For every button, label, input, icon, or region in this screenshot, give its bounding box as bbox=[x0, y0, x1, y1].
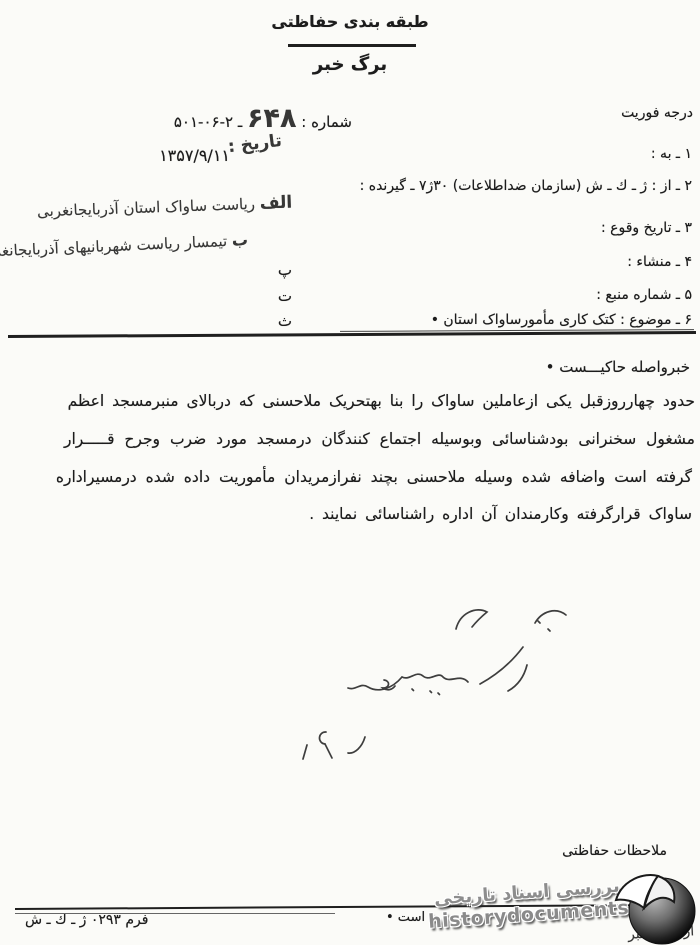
footer-rule-shadow bbox=[15, 913, 335, 914]
date-label: تاریخ : bbox=[227, 131, 283, 157]
recipient-letter-s: ث bbox=[278, 312, 292, 330]
remarks-label: ملاحظات حفاظتی bbox=[562, 843, 667, 859]
body-intro: خبرواصله حاکیـــست • bbox=[546, 358, 690, 376]
recipient-letter-t: ت bbox=[278, 287, 292, 305]
recipient-line-a: الف ریاست ساواک استان آذربایجانغربی bbox=[36, 193, 292, 222]
recipient-line-b: ب تیمسار ریاست شهربانیهای آذربایجانغربی bbox=[0, 230, 248, 261]
body-line-3: گرفته است واضافه شده وسیله ملاحسنی بچند … bbox=[56, 468, 692, 486]
signature-handwriting bbox=[280, 585, 640, 775]
recipient-text-a: ریاست ساواک استان آذربایجانغربی bbox=[36, 195, 255, 221]
recipient-text-b: تیمسار ریاست شهربانیهای آذربایجانغربی bbox=[0, 232, 227, 261]
classification-banner: طبقه بندی حفاظتی bbox=[255, 12, 445, 31]
form-number: فرم ۰۲۹۳ ژ ـ ك ـ ش bbox=[25, 912, 148, 928]
form-item-subject: ۶ ـ موضوع : کتک کاری مأمورساواک استان • bbox=[431, 312, 692, 328]
recipient-letter-b: ب bbox=[231, 230, 248, 250]
evaluation-text-fragment: است • bbox=[386, 910, 425, 925]
body-line-2: مشغول سخنرانی بودشناسائی وبوسیله اجتماع … bbox=[64, 430, 695, 448]
form-item-origin: ۴ ـ منشاء : bbox=[627, 254, 692, 270]
globe-book-icon bbox=[606, 866, 698, 945]
form-item-from: ۲ ـ از : ژ ـ ك ـ ش (سازمان ضداطلاعات) ۳۰… bbox=[360, 178, 692, 194]
recipient-letter-p: پ bbox=[278, 261, 292, 279]
form-item-event-date: ۳ ـ تاریخ وقوع : bbox=[601, 220, 692, 236]
form-item-source-number: ۵ ـ شماره منبع : bbox=[596, 287, 692, 303]
separator-bold-line bbox=[8, 331, 696, 338]
scanned-document-page: طبقه بندی حفاظتی برگ خبر درجه فوریت شمار… bbox=[0, 0, 700, 945]
sheet-title: برگ خبر bbox=[280, 54, 420, 75]
doc-number-label: شماره : bbox=[301, 113, 352, 131]
doc-number-handwritten: ۶۴۸ bbox=[247, 103, 296, 134]
date-value: ۱۳۵۷/۹/۱۱ bbox=[159, 146, 230, 165]
recipient-letter-a: الف bbox=[259, 193, 292, 214]
body-line-4: ساواک قرارگرفته وکارمندان آن اداره راشنا… bbox=[309, 505, 692, 523]
doc-number-rest: ـ ۲-۰۶-۵۰۱ bbox=[174, 113, 242, 131]
body-line-1: حدود چهارروزقبل یکی ازعاملین ساواک را بن… bbox=[68, 392, 695, 410]
title-underline bbox=[288, 44, 416, 47]
doc-number-line: شماره : ۶۴۸ ـ ۲-۰۶-۵۰۱ bbox=[174, 103, 352, 134]
urgency-label: درجه فوریت bbox=[621, 105, 693, 121]
form-item-to: ۱ ـ به : bbox=[651, 146, 692, 162]
